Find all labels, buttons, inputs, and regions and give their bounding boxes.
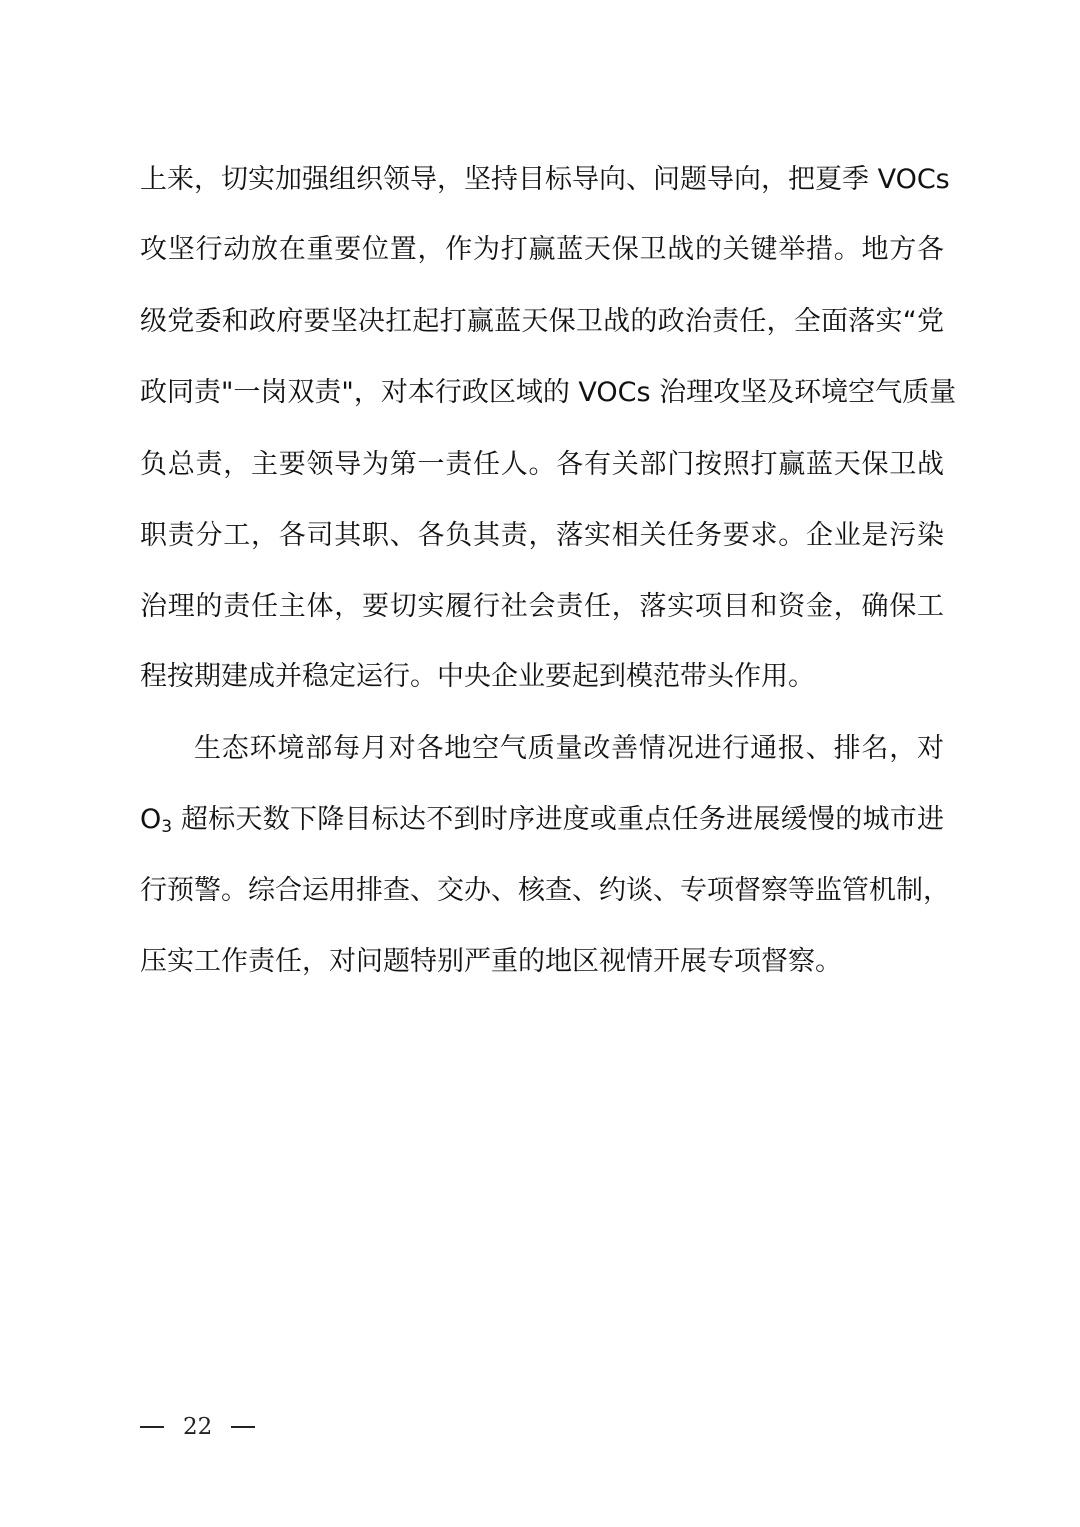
document-page: 上来，切实加强组织领导，坚持目标导向、问题导向，把夏季 VOCs 攻坚行动放在重… xyxy=(0,0,1080,1527)
page-number-footer: 22 xyxy=(140,1410,255,1444)
paragraph-2-line-4: 压实工作责任，对问题特别严重的地区视情开展专项督察。 xyxy=(140,942,944,982)
paragraph-1-line-6: 职责分工，各司其职、各负其责，落实相关任务要求。企业是污染 xyxy=(140,516,944,556)
paragraph-2-line-2-text: 超标天数下降目标达不到时序进度或重点任务进展缓慢的城市进 xyxy=(172,804,944,835)
paragraph-1-line-3: 级党委和政府要坚决扛起打赢蓝天保卫战的政治责任，全面落实“党 xyxy=(140,302,944,342)
left-dash-decoration xyxy=(140,1426,164,1428)
paragraph-1-line-8: 程按期建成并稳定运行。中央企业要起到模范带头作用。 xyxy=(140,657,944,697)
right-dash-decoration xyxy=(231,1426,255,1428)
paragraph-1-line-4: 政同责"一岗双责"，对本行政区域的 VOCs 治理攻坚及环境空气质量 xyxy=(140,373,944,413)
paragraph-1-line-7: 治理的责任主体，要切实履行社会责任，落实项目和资金，确保工 xyxy=(140,587,944,627)
ozone-subscript: 3 xyxy=(161,817,172,837)
paragraph-2-line-1: 生态环境部每月对各地空气质量改善情况进行通报、排名，对 xyxy=(194,729,944,769)
page-number: 22 xyxy=(183,1410,212,1444)
ozone-symbol: O xyxy=(140,804,161,835)
paragraph-2-line-3: 行预警。综合运用排查、交办、核查、约谈、专项督察等监管机制， xyxy=(140,871,944,911)
paragraph-1-line-5: 负总责，主要领导为第一责任人。各有关部门按照打赢蓝天保卫战 xyxy=(140,445,944,485)
paragraph-1-line-1: 上来，切实加强组织领导，坚持目标导向、问题导向，把夏季 VOCs xyxy=(140,160,944,200)
paragraph-2-line-2: O3 超标天数下降目标达不到时序进度或重点任务进展缓慢的城市进 xyxy=(140,800,944,840)
paragraph-1-line-2: 攻坚行动放在重要位置，作为打赢蓝天保卫战的关键举措。地方各 xyxy=(140,230,944,270)
